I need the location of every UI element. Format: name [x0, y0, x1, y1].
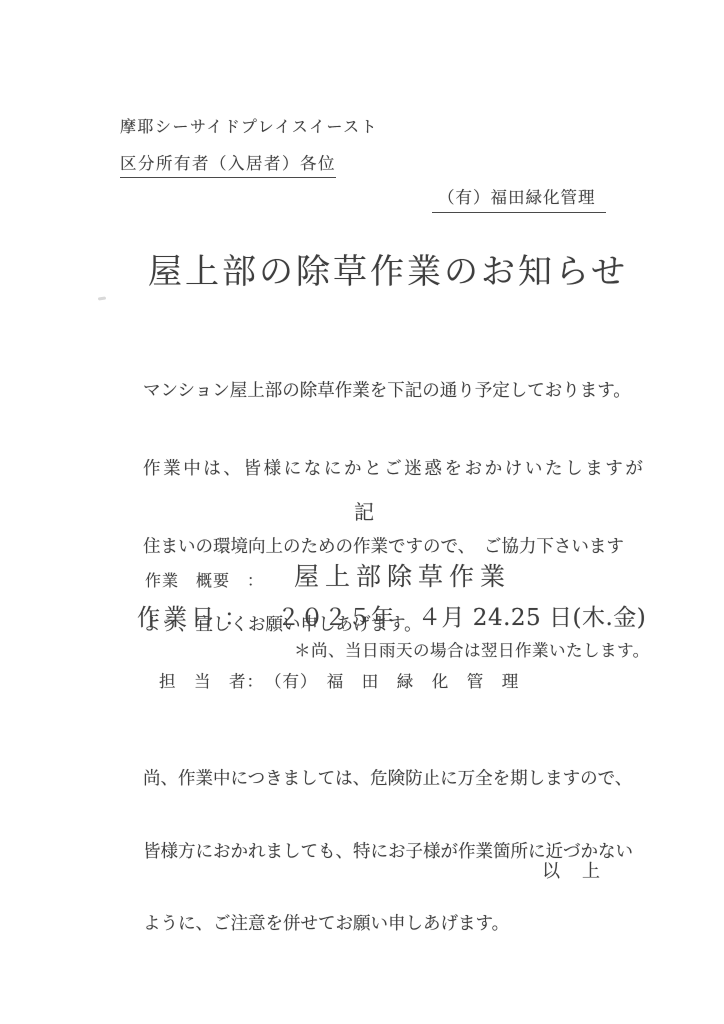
- recipient-salutation: 区分所有者（入居者）各位: [120, 150, 336, 178]
- work-overview-value: 屋上部除草作業: [294, 557, 511, 593]
- work-date-value: ２０２５年 ４月 24.25 日(木.金): [277, 599, 646, 632]
- work-date-colon: ：: [224, 599, 247, 632]
- intro-line-2: 作業中は、皆様になにかとご迷惑をおかけいたしますが: [143, 450, 646, 488]
- recipient-building-name: 摩耶シーサイドプレイスイースト: [120, 114, 378, 137]
- rain-postponement-note: ＊尚、当日雨天の場合は翌日作業いたします。: [294, 637, 650, 661]
- work-overview-label: 作業 概要 ：: [145, 568, 264, 591]
- sender-company-name: （有）福田緑化管理: [432, 184, 606, 213]
- staff-in-charge-line: 担 当 者： （有） 福 田 緑 化 管 理: [159, 668, 519, 692]
- notice-document-page: 摩耶シーサイドプレイスイースト 区分所有者（入居者）各位 （有）福田緑化管理 屋…: [0, 0, 724, 1024]
- page-title: 屋上部の除草作業のお知らせ: [148, 244, 628, 293]
- work-date-label: 作業日: [137, 599, 218, 632]
- closing-paragraph: 尚、作業中につきましては、危険防止に万全を期しますので、 皆様方におかれましても…: [143, 723, 633, 981]
- scan-artifact-mark: [98, 296, 106, 300]
- record-marker: 記: [354, 496, 376, 525]
- closing-line-3: ように、ご注意を併せてお願い申しあげます。: [143, 908, 633, 941]
- closing-line-1: 尚、作業中につきましては、危険防止に万全を期しますので、: [143, 763, 633, 796]
- intro-line-1: マンション屋上部の除草作業を下記の通り予定しております。: [143, 372, 646, 410]
- sign-off: 以 上: [542, 857, 602, 883]
